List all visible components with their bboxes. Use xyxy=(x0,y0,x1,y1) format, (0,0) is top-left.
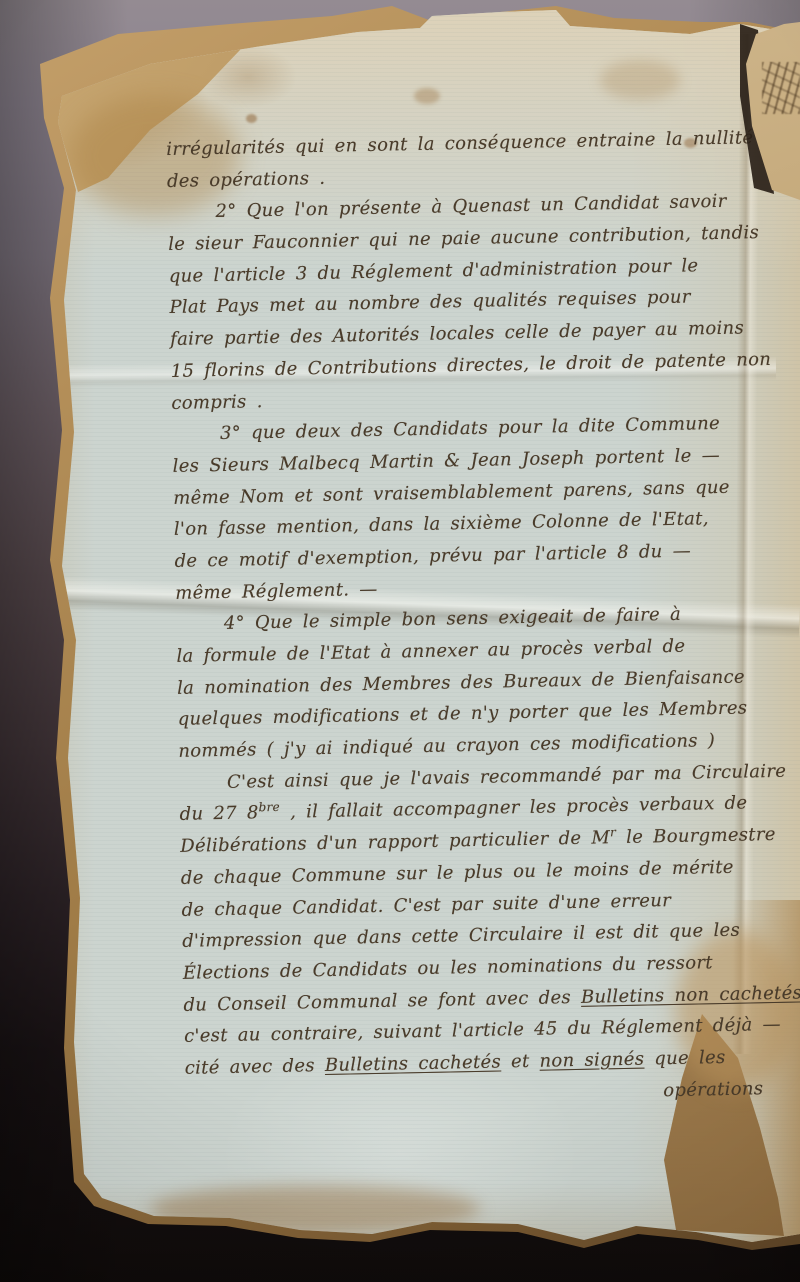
text-segment: irrégularités qui en sont la conséquence… xyxy=(166,127,753,160)
text-segment: 4° Que le simple bon sens exigeait de fa… xyxy=(224,604,682,634)
text-segment: de chaque Commune sur le plus ou le moin… xyxy=(181,857,734,889)
text-segment: même Nom et sont vraisemblablement paren… xyxy=(173,476,730,508)
text-segment: du Conseil Communal se font avec des xyxy=(183,986,581,1015)
text-segment: de ce motif d'exemption, prévu par l'art… xyxy=(174,540,691,571)
text-segment: d'impression que dans cette Circulaire i… xyxy=(182,920,740,952)
text-segment: la formule de l'Etat à annexer au procès… xyxy=(176,636,685,667)
underlined-text: non signés xyxy=(539,1049,644,1072)
text-segment: 15 florins de Contributions directes, le… xyxy=(171,349,772,382)
underlined-text: Bulletins cachetés xyxy=(325,1051,502,1076)
text-segment: Plat Pays met au nombre des qualités req… xyxy=(169,287,691,318)
underlined-text: Bulletins non cachetés xyxy=(581,982,800,1007)
text-segment: Délibérations d'un rapport particulier d… xyxy=(180,827,610,857)
fox-spot xyxy=(246,114,257,123)
text-segment: que l'article 3 du Réglement d'administr… xyxy=(169,255,699,287)
text-segment: cité avec des xyxy=(185,1055,326,1079)
text-segment: 3° que deux des Candidats pour la dite C… xyxy=(220,413,720,444)
text-segment: Élections de Candidats ou les nomination… xyxy=(183,952,713,984)
text-segment: le Bourgmestre xyxy=(616,824,776,848)
ink-scribble xyxy=(762,62,800,114)
text-segment: de chaque Candidat. C'est par suite d'un… xyxy=(181,890,671,921)
text-segment: des opérations . xyxy=(167,168,326,192)
text-segment: opérations xyxy=(663,1078,763,1101)
text-segment: l'on fasse mention, dans la sixième Colo… xyxy=(174,508,709,540)
text-segment: compris . xyxy=(171,391,263,414)
photo-stage: irrégularités qui en sont la conséquence… xyxy=(0,0,800,1282)
text-segment: même Réglement. — xyxy=(175,578,378,603)
text-segment: les Sieurs Malbecq Martin & Jean Joseph … xyxy=(172,445,720,477)
text-segment: du 27 8 xyxy=(179,803,258,826)
stain xyxy=(600,60,680,100)
fox-spot xyxy=(414,88,440,104)
text-segment: , il fallait accompagner les procès verb… xyxy=(280,793,748,823)
text-segment: que les xyxy=(644,1047,726,1070)
text-segment: et xyxy=(501,1051,540,1073)
manuscript-text: irrégularités qui en sont la conséquence… xyxy=(166,122,792,1116)
text-segment: 2° Que l'on présente à Quenast un Candid… xyxy=(215,191,726,222)
text-segment: nommés ( j'y ai indiqué au crayon ces mo… xyxy=(178,730,715,762)
text-segment: bre xyxy=(258,800,280,814)
manuscript-page: irrégularités qui en sont la conséquence… xyxy=(0,0,800,1282)
